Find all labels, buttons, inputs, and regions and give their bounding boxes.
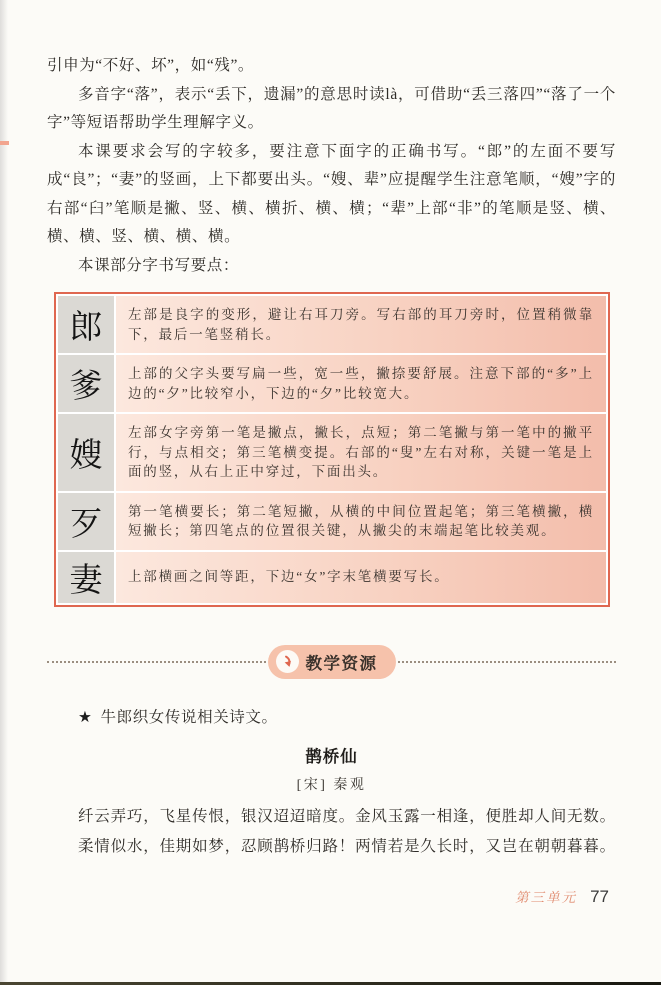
paragraph-table-lead-in: 本课部分字书写要点： [47,252,616,281]
page-footer: 第三单元 77 [515,886,609,907]
poem-line: 柔情似水，佳期如梦，忍顾鹊桥归路！两情若是久长时，又岂在朝朝暮暮。 [47,832,616,862]
dotted-rule-left [47,661,266,663]
paragraph-extension-meaning: 引申为“不好、坏”，如“残”。 [47,52,616,81]
character-cell: 嫂 [58,414,114,491]
paragraph-polyphone-luo: 多音字“落”，表示“丢下，遗漏”的意思时读là，可借助“丢三落四”“落了一个字”… [47,81,616,138]
table-row: 歹 第一笔横要长；第二笔短撇，从横的中间位置起笔；第三笔横撇，横短撇长；第四笔点… [58,493,606,550]
character-writing-tips-table: 郎 左部是良字的变形，避让右耳刀旁。写右部的耳刀旁时，位置稍微靠下，最后一笔竖稍… [54,292,610,607]
character-cell: 妻 [58,552,114,603]
character-cell: 爹 [58,355,114,412]
tip-cell: 第一笔横要长；第二笔短撇，从横的中间位置起笔；第三笔横撇，横短撇长；第四笔点的位… [116,493,606,550]
tip-cell: 左部女字旁第一笔是撇点，撇长，点短；第二笔撇与第一笔中的撇平行，与点相交；第三笔… [116,414,606,491]
tip-cell: 上部横画之间等距，下边“女”字末笔横要写长。 [116,552,606,603]
unit-label: 第三单元 [515,886,577,906]
teaching-resources-divider: 教学资源 [47,644,616,680]
poem-body: 纤云弄巧，飞星传恨，银汉迢迢暗度。金风玉露一相逢，便胜却人间无数。 柔情似水，佳… [47,802,616,862]
character-glyph: 爹 [70,369,103,405]
margin-tick-mark [0,141,9,145]
page-content: 引申为“不好、坏”，如“残”。 多音字“落”，表示“丢下，遗漏”的意思时读là，… [47,52,616,862]
page-number: 77 [590,887,609,907]
character-glyph: 妻 [70,563,103,599]
character-cell: 郎 [58,296,114,353]
section-title: 教学资源 [306,650,378,674]
table-row: 郎 左部是良字的变形，避让右耳刀旁。写右部的耳刀旁时，位置稍微靠下，最后一笔竖稍… [58,296,606,353]
star-icon: ★ [78,709,93,726]
poem-title: 鹊桥仙 [47,743,616,767]
paragraph-writing-guidance: 本课要求会写的字较多，要注意下面字的正确书写。“郎”的左面不要写成“良”；“妻”… [47,138,616,252]
table-row: 嫂 左部女字旁第一笔是撇点，撇长，点短；第二笔撇与第一笔中的撇平行，与点相交；第… [58,414,606,491]
table-row: 爹 上部的父字头要写扁一些，宽一些，撇捺要舒展。注意下部的“多”上边的“夕”比较… [58,355,606,412]
character-cell: 歹 [58,493,114,550]
poem-line: 纤云弄巧，飞星传恨，银汉迢迢暗度。金风玉露一相逢，便胜却人间无数。 [47,802,616,832]
teaching-resources-badge: 教学资源 [268,645,396,679]
page-left-edge-shadow [0,0,8,985]
resource-list-item: ★牛郎织女传说相关诗文。 [47,705,616,727]
table-row: 妻 上部横画之间等距，下边“女”字末笔横要写长。 [58,552,606,603]
character-glyph: 歹 [70,507,103,543]
tip-cell: 上部的父字头要写扁一些，宽一些，撇捺要舒展。注意下部的“多”上边的“夕”比较窄小… [116,355,606,412]
poem-author: [宋] 秦观 [47,774,616,794]
arrow-down-circle-icon [276,650,299,673]
resource-item-text: 牛郎织女传说相关诗文。 [101,709,278,726]
character-glyph: 郎 [70,310,103,346]
character-glyph: 嫂 [70,438,103,474]
dotted-rule-right [398,661,617,663]
tip-cell: 左部是良字的变形，避让右耳刀旁。写右部的耳刀旁时，位置稍微靠下，最后一笔竖稍长。 [116,296,606,353]
